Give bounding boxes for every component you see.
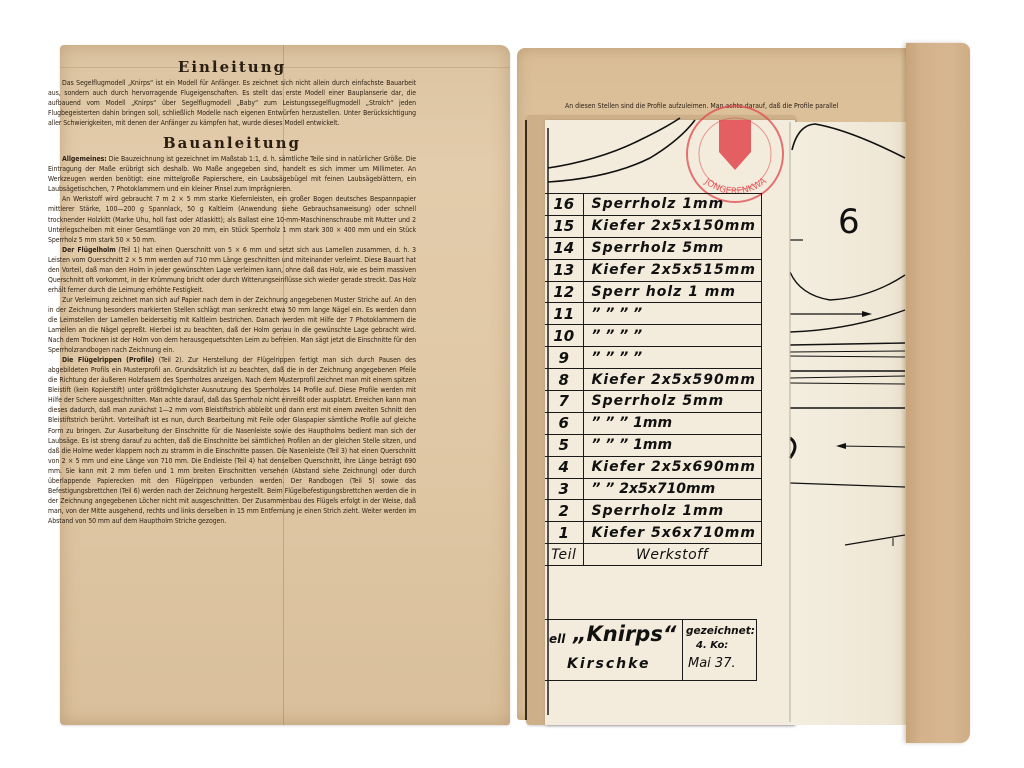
table-row: 12Sperr holz 1 mm — [545, 281, 761, 303]
table-row: 9” ” ” ” — [545, 347, 761, 369]
table-header-row: TeilWerkstoff — [545, 544, 761, 566]
red-stamp-seal: JONGERENKWARTIER — [683, 102, 787, 206]
section-title-bauanleitung: Bauanleitung — [48, 134, 416, 152]
section-title-einleitung: Einleitung — [48, 58, 416, 76]
drawing-title-block: ell „Knirps“ Kirschke gezeichnet: 4. Ko:… — [545, 619, 757, 681]
intro-paragraph: Das Segelflugmodell „Knirps“ ist ein Mod… — [48, 78, 416, 128]
drawing-part-label: 6 — [838, 202, 860, 242]
table-row: 10” ” ” ” — [545, 325, 761, 347]
table-row: 8Kiefer 2x5x590mm — [545, 369, 761, 391]
paragraph-fluegelrippen: Die Flügelrippen (Profile) (Teil 2). Zur… — [48, 355, 416, 526]
cover-flap — [906, 43, 970, 743]
instructions-text: Einleitung Das Segelflugmodell „Knirps“ … — [48, 58, 416, 526]
table-row: 14Sperrholz 5mm — [545, 237, 761, 259]
table-row: 15Kiefer 2x5x150mm — [545, 215, 761, 237]
drawn-signature: 4. Ko: — [696, 640, 728, 651]
paragraph-verleimung: Zur Verleimung zeichnet man sich auf Pap… — [48, 295, 416, 355]
paragraph-werkstoff: An Werkstoff wird gebraucht 7 m 2 × 5 mm… — [48, 194, 416, 244]
drawn-date: Mai 37. — [688, 656, 736, 671]
drawn-label: gezeichnet: — [686, 625, 755, 637]
title-block-drawn: gezeichnet: 4. Ko: Mai 37. — [684, 620, 756, 680]
table-row: 2Sperrholz 1mm — [545, 500, 761, 522]
model-prefix: ell — [549, 632, 565, 646]
table-row: 7Sperrholz 5mm — [545, 391, 761, 413]
paragraph-fluegelholm: Der Flügelholm (Teil 1) hat einen Quersc… — [48, 245, 416, 295]
title-block-model: ell „Knirps“ Kirschke — [545, 620, 683, 680]
table-row: 1Kiefer 5x6x710mm — [545, 522, 761, 544]
table-row: 4Kiefer 2x5x690mm — [545, 456, 761, 478]
table-row: 13Kiefer 2x5x515mm — [545, 259, 761, 281]
sheet-border-line — [525, 120, 527, 720]
table-row: 5” ” ” 1mm — [545, 434, 761, 456]
author-name: Kirschke — [567, 656, 650, 672]
table-row: 6” ” ” 1mm — [545, 412, 761, 434]
paragraph-allgemeines: Allgemeines: Die Bauzeichnung ist gezeic… — [48, 154, 416, 194]
table-row: 3” ” 2x5x710mm — [545, 478, 761, 500]
parts-list-table: 16Sperrholz 1mm 15Kiefer 2x5x150mm 14Spe… — [545, 193, 762, 566]
table-row: 16Sperrholz 1mm — [545, 194, 761, 216]
table-row: 11” ” ” ” — [545, 303, 761, 325]
model-name: „Knirps“ — [573, 622, 676, 646]
